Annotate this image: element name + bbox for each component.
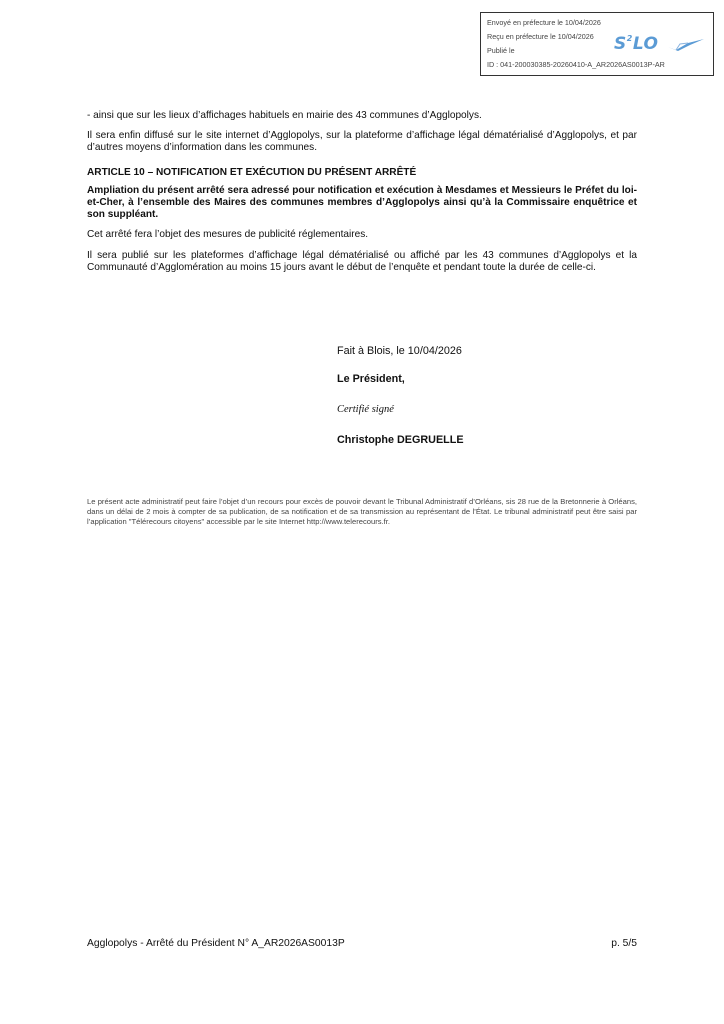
signatory-title: Le Président, [337, 373, 464, 385]
logo-letter: S [614, 34, 627, 54]
paragraph: Il sera enfin diffusé sur le site intern… [87, 130, 637, 154]
paragraph: - ainsi que sur les lieux d’affichages h… [87, 110, 637, 122]
stamp-sent: Envoyé en préfecture le 10/04/2026 [487, 16, 713, 30]
s2lo-logo-icon: S2LO [614, 34, 704, 56]
stamp-id: ID : 041-200030385-20260410-A_AR2026AS00… [487, 58, 713, 72]
footer-reference: Agglopolys - Arrêté du Président N° A_AR… [87, 938, 345, 949]
paragraph: Ampliation du présent arrêté sera adress… [87, 185, 637, 222]
logo-rest: LO [633, 34, 659, 54]
place-date: Fait à Blois, le 10/04/2026 [337, 345, 464, 357]
certified-mention: Certifié signé [337, 404, 464, 415]
article-heading: ARTICLE 10 – NOTIFICATION ET EXÉCUTION D… [87, 167, 637, 179]
signature-block: Fait à Blois, le 10/04/2026 Le Président… [337, 345, 464, 446]
page-footer: Agglopolys - Arrêté du Président N° A_AR… [87, 938, 637, 949]
page-number: p. 5/5 [611, 938, 637, 949]
legal-notice: Le présent acte administratif peut faire… [87, 497, 637, 527]
paragraph: Cet arrêté fera l’objet des mesures de p… [87, 229, 637, 241]
signatory-name: Christophe DEGRUELLE [337, 434, 464, 446]
paragraph: Il sera publié sur les plateformes d’aff… [87, 250, 637, 274]
document-body: - ainsi que sur les lieux d’affichages h… [87, 110, 637, 282]
